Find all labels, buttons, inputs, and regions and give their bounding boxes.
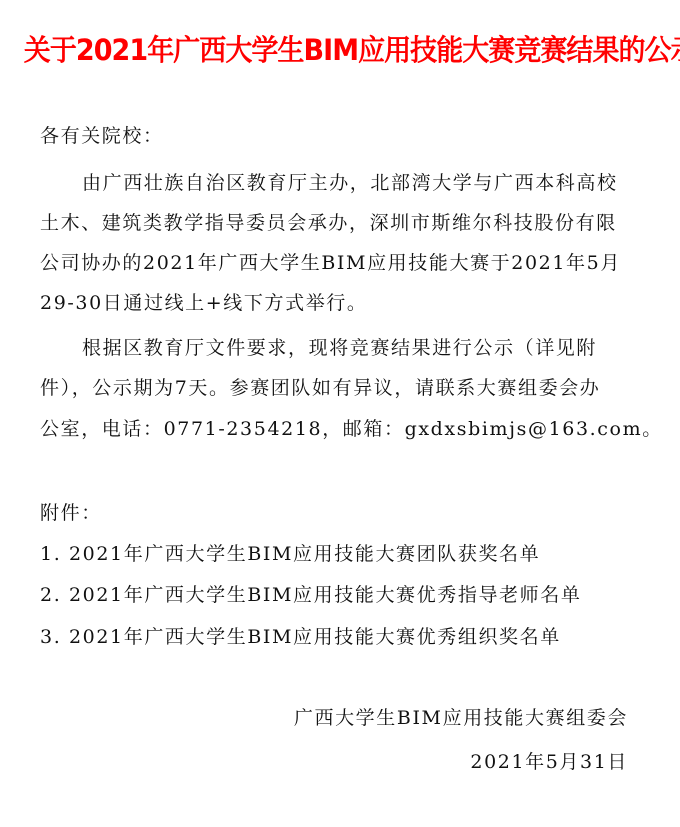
paragraph-line: 公室，电话：0771-2354218，邮箱：gxdxsbimjs@163.com…: [40, 418, 663, 440]
signature-date: 2021年5月31日: [470, 751, 628, 773]
attachment-item: 3. 2021年广西大学生BIM应用技能大赛优秀组织奖名单: [40, 626, 561, 648]
paragraph-line: 根据区教育厅文件要求，现将竞赛结果进行公示（详见附: [82, 337, 597, 359]
paragraph-line: 土木、建筑类教学指导委员会承办，深圳市斯维尔科技股份有限: [40, 212, 617, 234]
paragraph-line: 件），公示期为7天。参赛团队如有异议，请联系大赛组委会办: [40, 377, 600, 399]
attachment-item: 2. 2021年广西大学生BIM应用技能大赛优秀指导老师名单: [40, 584, 581, 606]
page-title: 关于2021年广西大学生BIM应用技能大赛竞赛结果的公示: [24, 28, 656, 69]
salutation: 各有关院校：: [40, 125, 164, 147]
paragraph-line: 由广西壮族自治区教育厅主办，北部湾大学与广西本科高校: [82, 172, 618, 194]
paragraph-line: 公司协办的2021年广西大学生BIM应用技能大赛于2021年5月: [40, 252, 621, 274]
signature-organization: 广西大学生BIM应用技能大赛组委会: [294, 707, 628, 729]
attachment-item: 1. 2021年广西大学生BIM应用技能大赛团队获奖名单: [40, 543, 540, 565]
paragraph-line: 29-30日通过线上+线下方式举行。: [40, 292, 368, 314]
attachments-heading: 附件：: [40, 502, 102, 524]
